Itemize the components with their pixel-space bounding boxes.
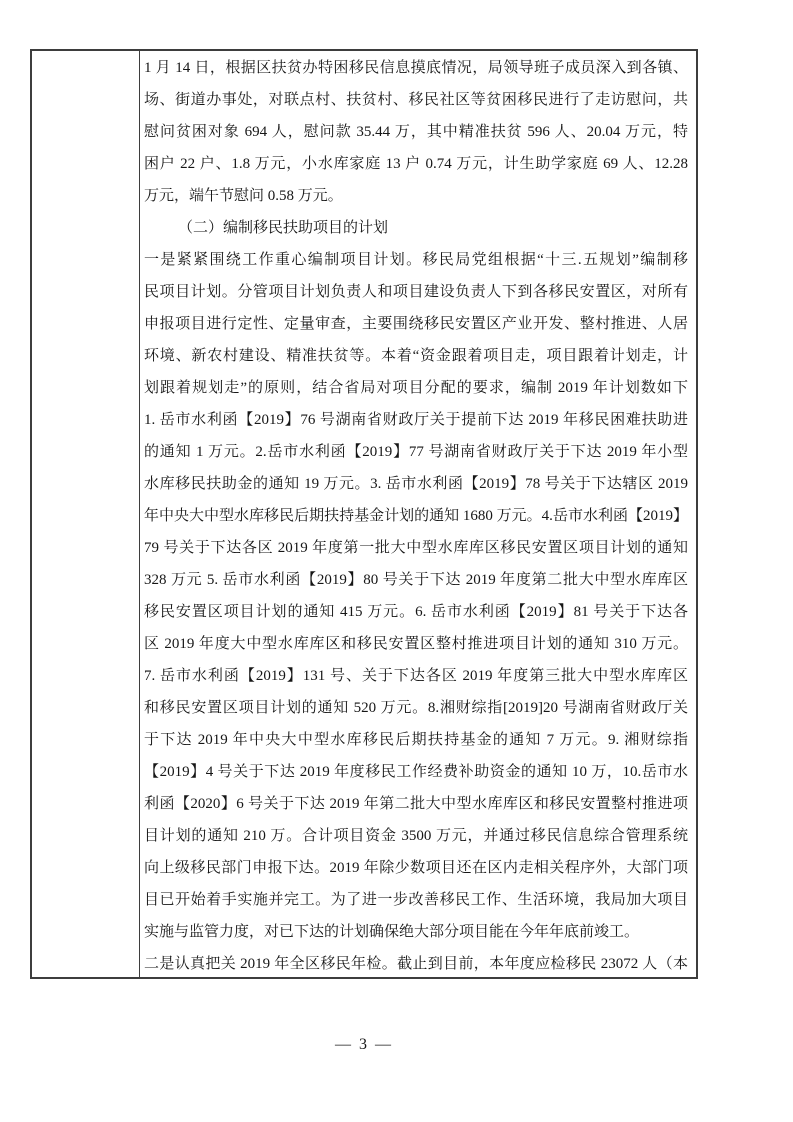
text-line: 向上级移民部门申报下达。2019 年除少数项目还在区内走相关程序外，大部门项	[144, 852, 688, 884]
text-line: （二）编制移民扶助项目的计划	[144, 212, 688, 244]
text-line: 困户 22 户、1.8 万元，小水库家庭 13 户 0.74 万元，计生助学家庭…	[144, 148, 688, 180]
page-number: — 3 —	[30, 1036, 698, 1054]
text-line: 1 月 14 日，根据区扶贫办特困移民信息摸底情况，局领导班子成员深入到各镇、	[144, 52, 688, 84]
text-line: 移民安置区项目计划的通知 415 万元。6. 岳市水利函【2019】81 号关于…	[144, 596, 688, 628]
text-line: 于下达 2019 年中央大中型水库移民后期扶持基金的通知 7 万元。9. 湘财综…	[144, 724, 688, 756]
text-line: 水库移民扶助金的通知 19 万元。3. 岳市水利函【2019】78 号关于下达辖…	[144, 468, 688, 500]
text-line: 慰问贫困对象 694 人，慰问款 35.44 万，其中精准扶贫 596 人、20…	[144, 116, 688, 148]
text-line: 目计划的通知 210 万。合计项目资金 3500 万元，并通过移民信息综合管理系…	[144, 820, 688, 852]
text-line: 年中央大中型水库移民后期扶持基金计划的通知 1680 万元。4.岳市水利函【20…	[144, 500, 688, 532]
text-line: 万元，端午节慰问 0.58 万元。	[144, 180, 688, 212]
text-line: 7. 岳市水利函【2019】131 号、关于下达各区 2019 年度第三批大中型…	[144, 660, 688, 692]
text-line: 的通知 1 万元。2.岳市水利函【2019】77 号湖南省财政厅关于下达 201…	[144, 436, 688, 468]
text-line: 和移民安置区项目计划的通知 520 万元。8.湘财综指[2019]20 号湖南省…	[144, 692, 688, 724]
text-line: 1. 岳市水利函【2019】76 号湖南省财政厅关于提前下达 2019 年移民困…	[144, 404, 688, 436]
text-line: 实施与监管力度，对已下达的计划确保绝大部分项目能在今年年底前竣工。	[144, 916, 688, 948]
text-line: 328 万元 5. 岳市水利函【2019】80 号关于下达 2019 年度第二批…	[144, 564, 688, 596]
text-line: 79 号关于下达各区 2019 年度第一批大中型水库库区移民安置区项目计划的通知	[144, 532, 688, 564]
text-line: 场、街道办事处，对联点村、扶贫村、移民社区等贫困移民进行了走访慰问，共	[144, 84, 688, 116]
text-line: 目已开始着手实施并完工。为了进一步改善移民工作、生活环境，我局加大项目	[144, 884, 688, 916]
text-line: 环境、新农村建设、精准扶贫等。本着“资金跟着项目走，项目跟着计划走，计	[144, 340, 688, 372]
text-line: 区 2019 年度大中型水库库区和移民安置区整村推进项目计划的通知 310 万元…	[144, 628, 688, 660]
text-line: 申报项目进行定性、定量审查，主要围绕移民安置区产业开发、整村推进、人居	[144, 308, 688, 340]
document-table: 1 月 14 日，根据区扶贫办特困移民信息摸底情况，局领导班子成员深入到各镇、场…	[30, 49, 698, 979]
table-left-cell-empty	[32, 51, 140, 977]
text-line: 划跟着规划走”的原则，结合省局对项目分配的要求，编制 2019 年计划数如下	[144, 372, 688, 404]
text-line: 【2019】4 号关于下达 2019 年度移民工作经费补助资金的通知 10 万，…	[144, 756, 688, 788]
document-page: 1 月 14 日，根据区扶贫办特困移民信息摸底情况，局领导班子成员深入到各镇、场…	[0, 0, 793, 1122]
table-content-cell: 1 月 14 日，根据区扶贫办特困移民信息摸底情况，局领导班子成员深入到各镇、场…	[140, 51, 696, 977]
text-line: 利函【2020】6 号关于下达 2019 年第二批大中型水库库区和移民安置整村推…	[144, 788, 688, 820]
text-line: 二是认真把关 2019 年全区移民年检。截止到目前，本年度应检移民 23072 …	[144, 948, 688, 977]
text-line: 民项目计划。分管项目计划负责人和项目建设负责人下到各移民安置区，对所有	[144, 276, 688, 308]
text-line: 一是紧紧围绕工作重心编制项目计划。移民局党组根据“十三.五规划”编制移	[144, 244, 688, 276]
